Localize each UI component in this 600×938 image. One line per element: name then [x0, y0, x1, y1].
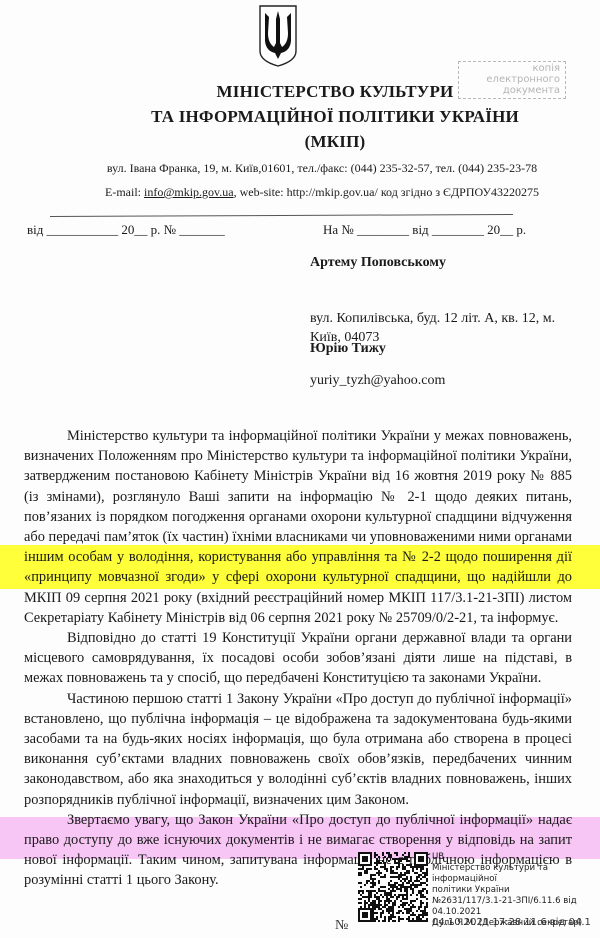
letter-body: Міністерство культури та інформаційної п…: [24, 426, 572, 891]
addressee-name: Юрію Тижу: [310, 341, 386, 357]
ministry-title-line1: МІНІСТЕРСТВО КУЛЬТУРИ: [35, 82, 600, 102]
paragraph-text: Міністерство культури та інформаційної п…: [24, 428, 572, 565]
ministry-email-link[interactable]: info@mkip.gov.ua: [144, 185, 234, 199]
ministry-abbreviation: (МКІП): [35, 132, 600, 152]
addressee-email: yuriy_tyzh@yahoo.com: [310, 373, 445, 389]
signature-line: UB: [432, 852, 600, 863]
signature-line: №2631/117/3.1-21-ЗПІ/6.11.6 від: [432, 896, 600, 907]
email-label: E-mail:: [105, 185, 144, 199]
ministry-title-line2: ТА ІНФОРМАЦІЙНОЇ ПОЛІТИКИ УКРАЇНИ: [35, 107, 600, 127]
website-text: , web-site: http://mkip.gov.ua/ код згід…: [234, 185, 539, 199]
stamp-line: копія: [459, 63, 560, 74]
outgoing-date-line: від ___________ 20__ р. № _______: [27, 222, 225, 238]
signature-line: політики України: [432, 885, 600, 896]
paragraph-2: Відповідно до статті 19 Конституції Укра…: [24, 628, 572, 689]
paragraph-3: Частиною першою статті 1 Закону України …: [24, 689, 572, 810]
paragraph-1: Міністерство культури та інформаційної п…: [24, 426, 572, 628]
signature-line: Міністерство культури та інформаційної: [432, 863, 600, 885]
outgoing-number-prefix: №: [335, 918, 348, 934]
reply-to-line: На № ________ від ________ 20__ р.: [323, 222, 526, 238]
coat-of-arms-icon: [257, 3, 299, 69]
ministry-address: вул. Івана Франка, 19, м. Київ,01601, те…: [22, 161, 600, 176]
addressee-name: Артему Поповському: [310, 255, 446, 271]
paragraph-text: Звертаємо увагу, що Закон України «Про д…: [24, 812, 572, 848]
header-divider: [50, 214, 513, 217]
qr-code: [358, 852, 428, 922]
ministry-contacts: E-mail: info@mkip.gov.ua, web-site: http…: [22, 185, 600, 200]
signature-timestamp: 04.10.2021 17:28 11.6 від 04.1: [432, 917, 591, 928]
